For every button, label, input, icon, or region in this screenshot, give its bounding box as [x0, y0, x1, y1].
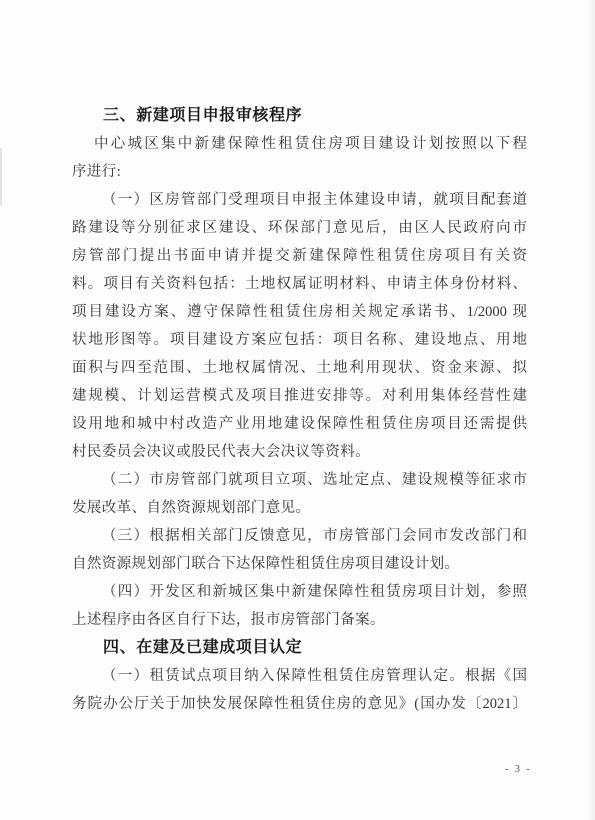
- page-edge-shadow: [588, 0, 595, 820]
- document-body: 三、新建项目申报审核程序 中心城区集中新建保障性租赁住房项目建设计划按照以下程 …: [72, 102, 527, 718]
- doc-line: 村民委员会决议或股民代表大会决议等资料。: [72, 438, 527, 466]
- doc-line: （二）市房管部门就项目立项、选址定点、建设规模等征求市: [72, 466, 527, 494]
- document-page: 三、新建项目申报审核程序 中心城区集中新建保障性租赁住房项目建设计划按照以下程 …: [0, 0, 595, 820]
- doc-line: 上述程序由各区自行下达，报市房管部门备案。: [72, 606, 527, 634]
- page-number: - 3 -: [505, 764, 532, 775]
- doc-line: 序进行:: [72, 158, 527, 186]
- doc-line: 中心城区集中新建保障性租赁住房项目建设计划按照以下程: [72, 130, 527, 158]
- scan-artifact: [0, 148, 2, 206]
- doc-line: 路建设等分别征求区建设、环保部门意见后，由区人民政府向市: [72, 214, 527, 242]
- section-heading-4: 四、在建及已建成项目认定: [72, 634, 527, 662]
- doc-line: 面积与四至范围、土地权属情况、土地利用现状、资金来源、拟: [72, 354, 527, 382]
- section-heading-3: 三、新建项目申报审核程序: [72, 102, 527, 130]
- doc-line: （一）区房管部门受理项目申报主体建设申请，就项目配套道: [72, 186, 527, 214]
- doc-line: （三）根据相关部门反馈意见，市房管部门会同市发改部门和: [72, 522, 527, 550]
- doc-line: 项目建设方案、遵守保障性租赁住房相关规定承诺书、1/2000 现: [72, 298, 527, 326]
- doc-line: （一）租赁试点项目纳入保障性租赁住房管理认定。根据《国: [72, 662, 527, 690]
- doc-line: 房管部门提出书面申请并提交新建保障性租赁住房项目有关资: [72, 242, 527, 270]
- doc-line: 建规模、计划运营模式及项目推进安排等。对利用集体经营性建: [72, 382, 527, 410]
- doc-line: 发展改革、自然资源规划部门意见。: [72, 494, 527, 522]
- doc-line: 自然资源规划部门联合下达保障性租赁住房项目建设计划。: [72, 550, 527, 578]
- doc-line: （四）开发区和新城区集中新建保障性租赁房项目计划，参照: [72, 578, 527, 606]
- doc-line: 状地形图等。项目建设方案应包括：项目名称、建设地点、用地: [72, 326, 527, 354]
- doc-line: 设用地和城中村改造产业用地建设保障性租赁住房项目还需提供: [72, 410, 527, 438]
- doc-line: 料。项目有关资料包括：土地权属证明材料、申请主体身份材料、: [72, 270, 527, 298]
- doc-line: 务院办公厅关于加快发展保障性租赁住房的意见》(国办发〔2021〕: [72, 690, 527, 718]
